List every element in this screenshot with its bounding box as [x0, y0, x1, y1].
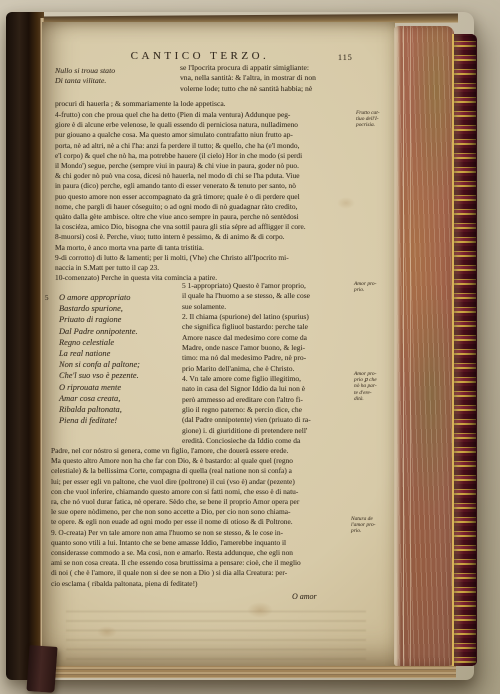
foxing-stain — [247, 602, 273, 618]
book-page: CANTICO TERZO. 115 Nullo si troua stato … — [42, 22, 395, 666]
gilt-cover-border — [452, 34, 477, 666]
lemma-side-note: Nullo si troua stato Di tanta vilitate. — [55, 66, 115, 86]
gloss-paragraph: 4-frutto) con che proua quel che ha dett… — [55, 110, 373, 283]
margin-note: Frutto cat- tiuo dell'I- pocrisia. — [356, 110, 395, 129]
intro-paragraph: se l'Ipocrita procura di appatir simigli… — [180, 63, 360, 94]
catchword: O amor — [292, 592, 317, 601]
fore-edge-marbling — [394, 26, 454, 666]
book-photograph: CANTICO TERZO. 115 Nullo si troua stato … — [0, 0, 500, 694]
intro-continuation-line: procuri di hauerla ; & sommariamente la … — [55, 99, 375, 108]
foxing-stain — [337, 197, 355, 209]
margin-note: Amor pro- prio ꝑ che nò ha par- te d'ere… — [354, 371, 394, 402]
running-title: CANTICO TERZO. — [55, 50, 345, 62]
bookmark-ribbon — [26, 645, 57, 693]
verse-line-number: 5 — [45, 294, 49, 302]
verse-stanza: O amore appropriato Bastardo spurione, P… — [59, 292, 189, 426]
foxing-stain — [97, 626, 117, 638]
closing-paragraph: Padre, nel cor nóstro si genera, come vn… — [51, 446, 381, 589]
book-spine — [6, 12, 44, 680]
open-book: CANTICO TERZO. 115 Nullo si troua stato … — [6, 12, 474, 680]
margin-note: Amor pro- prio. — [354, 281, 394, 293]
margin-note: Natura de l'amor pro- prio. — [351, 516, 391, 535]
commentary-column: 5 1-appropriato) Questo è l'amor proprio… — [182, 281, 360, 447]
page-number: 115 — [338, 53, 353, 62]
